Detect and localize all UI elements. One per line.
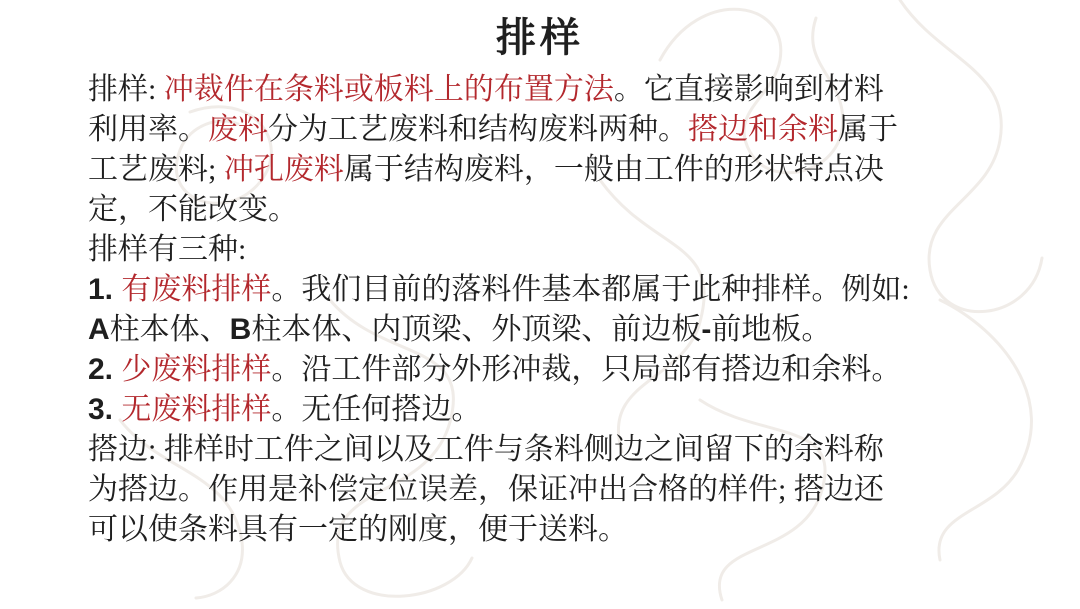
text-segment: 1. xyxy=(88,273,121,306)
text-segment: 柱本体、内顶梁、外顶梁、前边板 xyxy=(251,313,701,346)
text-segment: 。沿工件部分外形冲裁，只局部有搭边和余料。 xyxy=(271,353,901,386)
text-segment: 属于结构废料，一般由工件的形状特点决 xyxy=(344,153,884,186)
text-segment: 。我们目前的落料件基本都属于此种排样。例如: xyxy=(271,273,909,306)
text-segment: 利用率。 xyxy=(88,113,208,146)
text-line: 工艺废料; 冲孔废料属于结构废料，一般由工件的形状特点决 xyxy=(88,150,1003,190)
text-line: 可以使条料具有一定的刚度，便于送料。 xyxy=(88,510,1003,550)
text-segment: 有废料排样 xyxy=(121,273,271,306)
text-segment: 。无任何搭边。 xyxy=(271,393,481,426)
body-text: 排样: 冲裁件在条料或板料上的布置方法。它直接影响到材料利用率。废料分为工艺废料… xyxy=(88,70,1003,550)
text-line: 排样有三种: xyxy=(88,230,1003,270)
text-segment: A xyxy=(88,313,110,346)
text-segment: 2. xyxy=(88,353,121,386)
text-line: 排样: 冲裁件在条料或板料上的布置方法。它直接影响到材料 xyxy=(88,70,1003,110)
text-segment: 冲孔废料 xyxy=(224,153,344,186)
text-segment: 无废料排样 xyxy=(121,393,271,426)
text-segment: 定，不能改变。 xyxy=(88,193,298,226)
text-segment: 前地板。 xyxy=(711,313,831,346)
text-line: 为搭边。作用是补偿定位误差，保证冲出合格的样件; 搭边还 xyxy=(88,470,1003,510)
text-segment: 废料 xyxy=(208,113,268,146)
text-segment: 。它直接影响到材料 xyxy=(614,73,884,106)
page-title: 排样 xyxy=(0,6,1080,63)
text-segment: - xyxy=(701,313,711,346)
text-segment: 工艺废料; xyxy=(88,153,224,186)
text-segment: 属于 xyxy=(838,113,898,146)
text-segment: 排样: xyxy=(88,73,164,106)
text-line: 定，不能改变。 xyxy=(88,190,1003,230)
text-segment: 分为工艺废料和结构废料两种。 xyxy=(268,113,688,146)
text-line: 3. 无废料排样。无任何搭边。 xyxy=(88,390,1003,430)
text-segment: 可以使条料具有一定的刚度，便于送料。 xyxy=(88,513,628,546)
text-segment: 少废料排样 xyxy=(121,353,271,386)
text-line: A柱本体、B柱本体、内顶梁、外顶梁、前边板-前地板。 xyxy=(88,310,1003,350)
text-line: 搭边: 排样时工件之间以及工件与条料侧边之间留下的余料称 xyxy=(88,430,1003,470)
text-segment: 为搭边。作用是补偿定位误差，保证冲出合格的样件; 搭边还 xyxy=(88,473,884,506)
text-segment: 柱本体、 xyxy=(110,313,230,346)
text-segment: 搭边和余料 xyxy=(688,113,838,146)
text-segment: 冲裁件在条料或板料上的布置方法 xyxy=(164,73,614,106)
text-segment: B xyxy=(230,313,252,346)
slide: 排样 排样: 冲裁件在条料或板料上的布置方法。它直接影响到材料利用率。废料分为工… xyxy=(0,0,1080,609)
text-line: 利用率。废料分为工艺废料和结构废料两种。搭边和余料属于 xyxy=(88,110,1003,150)
text-segment: 排样有三种: xyxy=(88,233,246,266)
text-segment: 3. xyxy=(88,393,121,426)
text-line: 1. 有废料排样。我们目前的落料件基本都属于此种排样。例如: xyxy=(88,270,1003,310)
text-segment: 搭边: 排样时工件之间以及工件与条料侧边之间留下的余料称 xyxy=(88,433,884,466)
text-line: 2. 少废料排样。沿工件部分外形冲裁，只局部有搭边和余料。 xyxy=(88,350,1003,390)
